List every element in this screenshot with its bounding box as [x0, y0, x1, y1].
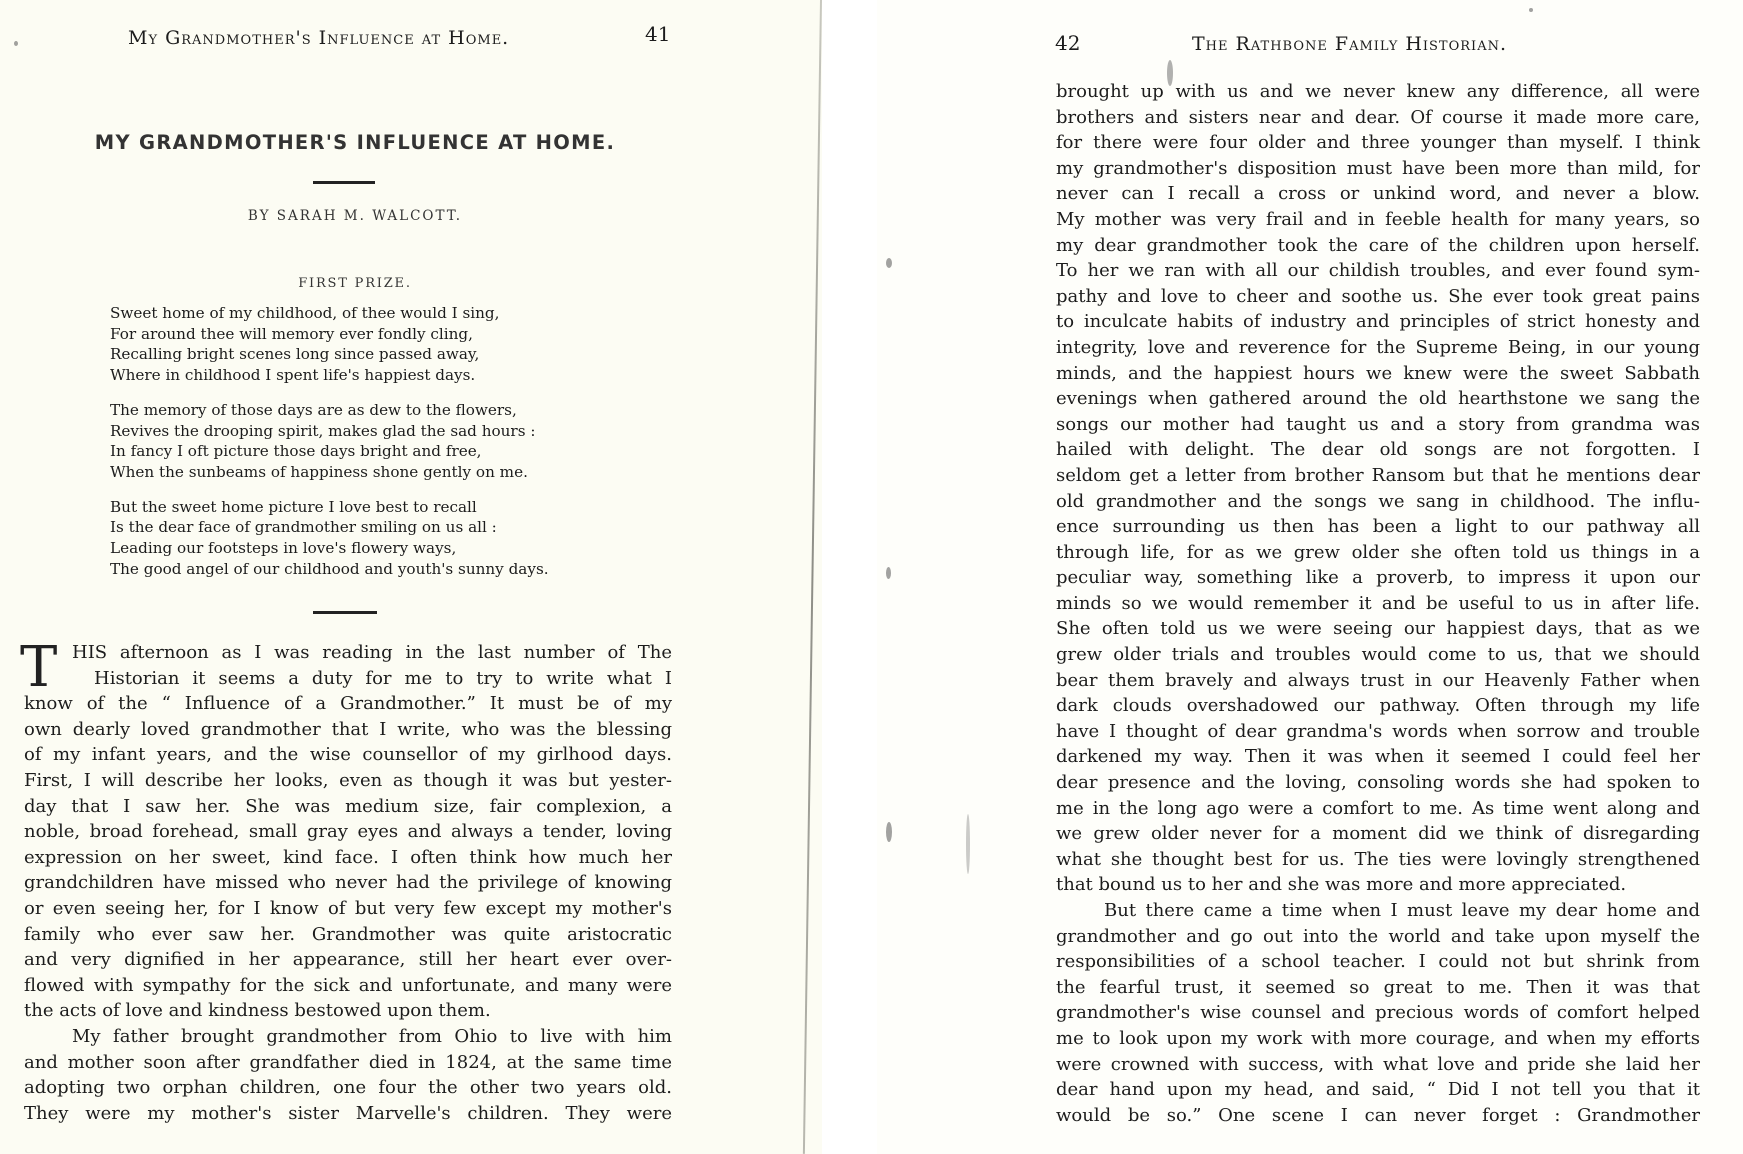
text-line: minds, and the happiest hours we knew we… — [1056, 361, 1700, 387]
text-line: would be so.” One scene I can never forg… — [1056, 1103, 1700, 1129]
title-rule — [313, 181, 375, 184]
poem-line: For around thee will memory ever fondly … — [110, 324, 549, 345]
text-line: First, I will describe her looks, even a… — [24, 768, 672, 794]
text-line: darkened my way. Then it was when it see… — [1056, 744, 1700, 770]
text-line: for there were four older and three youn… — [1056, 130, 1700, 156]
text-line: She often told us we were seeing our hap… — [1056, 616, 1700, 642]
text-line: Historian it seems a duty for me to try … — [24, 666, 672, 692]
page-number-left: 41 — [645, 22, 670, 46]
text-line: seldom get a letter from brother Ransom … — [1056, 463, 1700, 489]
scan-speck — [966, 814, 970, 874]
poem-stanza: But the sweet home picture I love best t… — [110, 497, 549, 580]
text-line: They were my mother's sister Marvelle's … — [24, 1101, 672, 1127]
text-line: to inculcate habits of industry and prin… — [1056, 309, 1700, 335]
text-line: expression on her sweet, kind face. I of… — [24, 845, 672, 871]
poem-line: The memory of those days are as dew to t… — [110, 400, 549, 421]
prize-label: FIRST PRIZE. — [60, 276, 650, 291]
text-line: have I thought of dear grandma's words w… — [1056, 719, 1700, 745]
text-line: HIS afternoon as I was reading in the la… — [24, 640, 672, 666]
poem-line: In fancy I oft picture those days bright… — [110, 441, 549, 462]
text-line: my grandmother's disposition must have b… — [1056, 156, 1700, 182]
right-body-text: brought up with us and we never knew any… — [1056, 79, 1700, 1128]
running-head-left: My Grandmother's Influence at Home. — [128, 27, 509, 49]
text-line: day that I saw her. She was medium size,… — [24, 794, 672, 820]
text-line: peculiar way, something like a proverb, … — [1056, 565, 1700, 591]
poem-line: When the sunbeams of happiness shone gen… — [110, 462, 549, 483]
text-line: My father brought grandmother from Ohio … — [24, 1024, 672, 1050]
text-line: ence surrounding us then has been a ligh… — [1056, 514, 1700, 540]
text-line: To her we ran with all our childish trou… — [1056, 258, 1700, 284]
text-line: integrity, love and reverence for the Su… — [1056, 335, 1700, 361]
poem-stanza: The memory of those days are as dew to t… — [110, 400, 549, 483]
text-line: grandmother and go out into the world an… — [1056, 924, 1700, 950]
text-line: and very dignified in her appearance, st… — [24, 947, 672, 973]
article-title: MY GRANDMOTHER'S INFLUENCE AT HOME. — [60, 131, 650, 154]
text-line: dear hand upon my head, and said, “ Did … — [1056, 1077, 1700, 1103]
text-line: me to look upon my work with more courag… — [1056, 1026, 1700, 1052]
scan-speck — [886, 258, 892, 268]
text-line: pathy and love to cheer and soothe us. S… — [1056, 284, 1700, 310]
poem-line: The good angel of our childhood and yout… — [110, 559, 549, 580]
running-head-right: The Rathbone Family Historian. — [1192, 33, 1507, 55]
text-line: of my infant years, and the wise counsel… — [24, 742, 672, 768]
text-line: My mother was very frail and in feeble h… — [1056, 207, 1700, 233]
text-line: hailed with delight. The dear old songs … — [1056, 437, 1700, 463]
text-line: through life, for as we grew older she o… — [1056, 540, 1700, 566]
poem-line: Leading our footsteps in love's flowery … — [110, 538, 549, 559]
text-line: own dearly loved grandmother that I writ… — [24, 717, 672, 743]
text-line: know of the “ Influence of a Grandmother… — [24, 691, 672, 717]
text-line: me in the long ago were a comfort to me.… — [1056, 796, 1700, 822]
poem-line: But the sweet home picture I love best t… — [110, 497, 549, 518]
text-line: dear presence and the loving, consoling … — [1056, 770, 1700, 796]
text-line: grandmother's wise counsel and precious … — [1056, 1000, 1700, 1026]
text-line: noble, broad forehead, small gray eyes a… — [24, 819, 672, 845]
text-line: brothers and sisters near and dear. Of c… — [1056, 105, 1700, 131]
poem-line: Revives the drooping spirit, makes glad … — [110, 421, 549, 442]
scan-speck — [886, 567, 891, 579]
page-number-right: 42 — [1055, 31, 1080, 55]
scan-speck — [886, 822, 892, 842]
poem: Sweet home of my childhood, of thee woul… — [110, 303, 549, 593]
text-line: bear them bravely and always trust in ou… — [1056, 668, 1700, 694]
text-line: adopting two orphan children, one four t… — [24, 1075, 672, 1101]
left-body-text: HIS afternoon as I was reading in the la… — [24, 640, 672, 1126]
text-line: or even seeing her, for I know of but ve… — [24, 896, 672, 922]
text-line: brought up with us and we never knew any… — [1056, 79, 1700, 105]
section-rule — [313, 611, 377, 614]
scan-speck — [14, 41, 18, 46]
text-line: dark clouds overshadowed our pathway. Of… — [1056, 693, 1700, 719]
text-line: the fearful trust, it seemed so great to… — [1056, 975, 1700, 1001]
poem-line: Is the dear face of grandmother smiling … — [110, 517, 549, 538]
text-line: what she thought best for us. The ties w… — [1056, 847, 1700, 873]
text-line: grandchildren have missed who never had … — [24, 870, 672, 896]
text-line: family who ever saw her. Grandmother was… — [24, 922, 672, 948]
byline: BY SARAH M. WALCOTT. — [60, 208, 650, 224]
text-line: were crowned with success, with what lov… — [1056, 1052, 1700, 1078]
poem-stanza: Sweet home of my childhood, of thee woul… — [110, 303, 549, 386]
text-line: the acts of love and kindness bestowed u… — [24, 998, 672, 1024]
text-line: But there came a time when I must leave … — [1056, 898, 1700, 924]
text-line: evenings when gathered around the old he… — [1056, 386, 1700, 412]
poem-line: Recalling bright scenes long since passe… — [110, 344, 549, 365]
text-line: old grandmother and the songs we sang in… — [1056, 489, 1700, 515]
text-line: grew older trials and troubles would com… — [1056, 642, 1700, 668]
text-line: my dear grandmother took the care of the… — [1056, 233, 1700, 259]
text-line: flowed with sympathy for the sick and un… — [24, 973, 672, 999]
text-line: minds so we would remember it and be use… — [1056, 591, 1700, 617]
text-line: we grew older never for a moment did we … — [1056, 821, 1700, 847]
text-line: never can I recall a cross or unkind wor… — [1056, 181, 1700, 207]
text-line: songs our mother had taught us and a sto… — [1056, 412, 1700, 438]
text-line: that bound us to her and she was more an… — [1056, 872, 1700, 898]
text-line: responsibilities of a school teacher. I … — [1056, 949, 1700, 975]
poem-line: Where in childhood I spent life's happie… — [110, 365, 549, 386]
gutter-margin — [822, 0, 877, 1154]
text-line: and mother soon after grandfather died i… — [24, 1050, 672, 1076]
poem-line: Sweet home of my childhood, of thee woul… — [110, 303, 549, 324]
scan-speck — [1529, 8, 1533, 12]
